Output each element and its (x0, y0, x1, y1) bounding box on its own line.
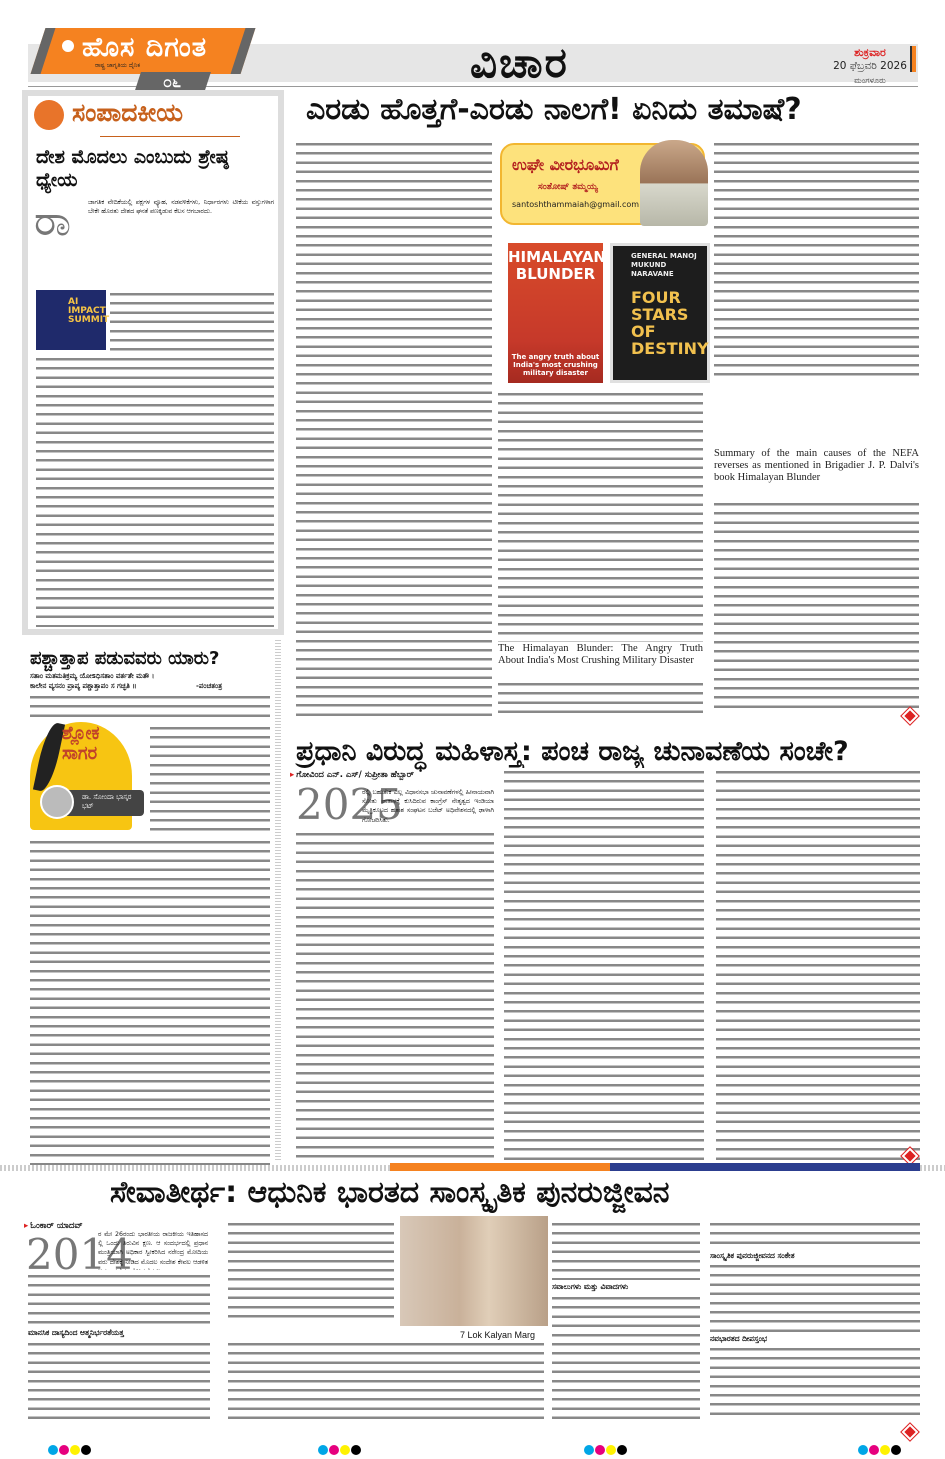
article-3-body (710, 1220, 920, 1248)
paper-tagline: ರಾಷ್ಟ್ರ ಜಾಗೃತಿಯ ದೈನಿಕ (95, 62, 140, 70)
english-quote: The Himalayan Blunder: The Angry Truth A… (498, 643, 703, 667)
shloka-body (30, 838, 270, 1168)
registration-marks (318, 1440, 362, 1459)
article-3-subhead: ಮಾನಸಿಕ ದಾಸ್ಯದಿಂದ ಆತ್ಮನಿರ್ಭರತೆಯತ್ತ (28, 1328, 124, 1338)
article-3-body (28, 1340, 210, 1420)
article-3-body (710, 1262, 920, 1332)
article-3-subhead: ನವಭಾರತದ ದೀಪಸ್ತಂಭ (710, 1334, 767, 1344)
author-email[interactable]: santoshthammaiah@gmail.com (512, 200, 639, 209)
article-3-subhead: ಸಾಂಸ್ಕೃತಿಕ ಪುನರುಜ್ಜೀವನದ ಸಂಕೇತ (710, 1251, 795, 1261)
article-2-body (716, 768, 920, 1160)
edition-city: ಮಂಗಳೂರು (820, 76, 920, 86)
article-3-subhead: ಸವಾಲುಗಳು ಮತ್ತು ವಿವಾದಗಳು (552, 1282, 628, 1292)
shloka-body (30, 693, 270, 721)
article-3-headline: ಸೇವಾತೀರ್ಥ: ಆಧುನಿಕ ಭಾರತದ ಸಾಂಸ್ಕೃತಿಕ ಪುನರು… (110, 1175, 669, 1210)
editorial-logo-icon (34, 100, 64, 130)
english-caption: 7 Lok Kalyan Marg (460, 1330, 535, 1340)
registration-marks (48, 1440, 92, 1459)
book-cover-himalayan-blunder: HIMALAYAN BLUNDER The angry truth about … (508, 243, 603, 383)
drop-cap: ರಾ (34, 196, 71, 246)
article-2-body (296, 830, 494, 1160)
masthead-accent (910, 46, 916, 72)
article-3-body (710, 1345, 920, 1420)
english-quote: Summary of the main causes of the NEFA r… (714, 448, 919, 484)
article-2-lead: ರಲ್ಲಿ ಬಹುತೇಕ ಎಲ್ಲ ವಿಧಾನಸಭಾ ಚುನಾವಣೆಗಳಲ್ಲಿ… (362, 788, 494, 828)
end-mark-icon (902, 1424, 919, 1441)
dateline: ಶುಕ್ರವಾರ 20 ಫೆಬ್ರವರಿ 2026 ಮಂಗಳೂರು (820, 46, 920, 86)
article-2-body (504, 768, 704, 1160)
shloka-column-label: ಶ್ಲೋಕ ಸಾಗರ (62, 724, 122, 764)
logo-emblem-icon (60, 38, 76, 54)
article-3-body (552, 1294, 700, 1420)
shloka-body (150, 724, 270, 836)
editorial-headline: ದೇಶ ಮೊದಲು ಎಂಬುದು ಶ್ರೇಷ್ಠ ಧ್ಯೇಯ (36, 146, 276, 192)
article-3-lead: ರ ಮೇ 26ರಂದು ಭಾರತೀಯ ರಾಜಕೀಯ ಇತಿಹಾಸದಲ್ಲಿ ಒಂ… (98, 1230, 208, 1270)
day-label: ಶುಕ್ರವಾರ (820, 46, 920, 60)
verse-line-1: ಸತಾಂ ಮತಮತಿಕ್ರಮ್ಯ ಯೋsಧಿಸತಾಂ ವರ್ತತೇ ಮತೌ । (30, 672, 260, 681)
column-divider (275, 640, 281, 1160)
seva-teertha-photo (400, 1216, 548, 1326)
article-3-body (228, 1220, 394, 1320)
editorial-lead: ಜಾಗತಿಕ ವೇದಿಕೆಯಲ್ಲಿ ಪಕ್ಷಗಳ ವ್ಯೂಹ, ನಡವಳಿಕೆ… (88, 198, 274, 288)
ornament-divider (100, 136, 240, 137)
registration-marks (584, 1440, 628, 1459)
author-photo (640, 140, 708, 226)
registration-marks (858, 1440, 902, 1459)
column-name: ಉಘೇ ವೀರಭೂಮಿಗೆ (512, 155, 619, 175)
article-3-body (228, 1340, 544, 1420)
verse-source: -ಪಂಚತಂತ್ರ (196, 682, 266, 691)
divider-accent-blue (610, 1163, 920, 1171)
column-author: ಸಂತೋಷ್ ತಮ್ಮಯ್ಯ (538, 182, 598, 192)
shloka-headline: ಪಶ್ಚಾತ್ತಾಪ ಪಡುವವರು ಯಾರು? (30, 648, 219, 669)
shloka-author: ಡಾ. ಸೋಂದಾ ಭಾಸ್ಕರ ಭಟ್ (66, 790, 144, 816)
section-title: ವಿಚಾರ (470, 38, 569, 88)
ai-summit-image: AI IMPACT SUMMIT (36, 290, 106, 350)
article-1-body (498, 680, 703, 720)
article-2-byline: ಗೋವಿಂದ ಎನ್. ಎಸ್/ ಸುಪ್ರೀತಾ ಹೆಬ್ಬಾರ್ (290, 770, 414, 780)
article-1-headline: ಎರಡು ಹೊತ್ತಗೆ-ಎರಡು ನಾಲಗೆ! ಏನಿದು ತಮಾಷೆ? (306, 92, 802, 127)
paper-name: ಹೊಸ ದಿಗಂತ (82, 32, 207, 64)
article-1-body (714, 140, 919, 380)
article-1-body (296, 140, 492, 720)
article-3-body (552, 1220, 700, 1280)
verse-line-2: ಕಾಲೇನ ವ್ಯಸನಂ ಪ್ರಾಪ್ಯ ಪಶ್ಚಾತ್ತಾಪಂ ಸ ಗಚ್ಛತ… (30, 682, 190, 691)
end-mark-icon (902, 708, 919, 725)
author-avatar (40, 785, 74, 819)
editorial-body (36, 355, 274, 627)
article-3-body (28, 1272, 210, 1324)
article-2-headline: ಪ್ರಧಾನಿ ವಿರುದ್ಧ ಮಹಿಳಾಸ್ತ್ರ: ಪಂಚ ರಾಜ್ಯ ಚು… (296, 736, 849, 768)
book-cover-four-stars: GENERAL MANOJ MUKUND NARAVANE FOUR STARS… (610, 243, 710, 383)
page-number: ೦೬ (152, 72, 192, 92)
editorial-label: ಸಂಪಾದಕೀಯ (72, 98, 183, 128)
editorial-body (110, 290, 274, 352)
article-1-body (714, 500, 919, 710)
date-label: 20 ಫೆಬ್ರವರಿ 2026 (820, 60, 920, 73)
divider-accent-orange (390, 1163, 610, 1171)
article-1-body (498, 390, 703, 642)
